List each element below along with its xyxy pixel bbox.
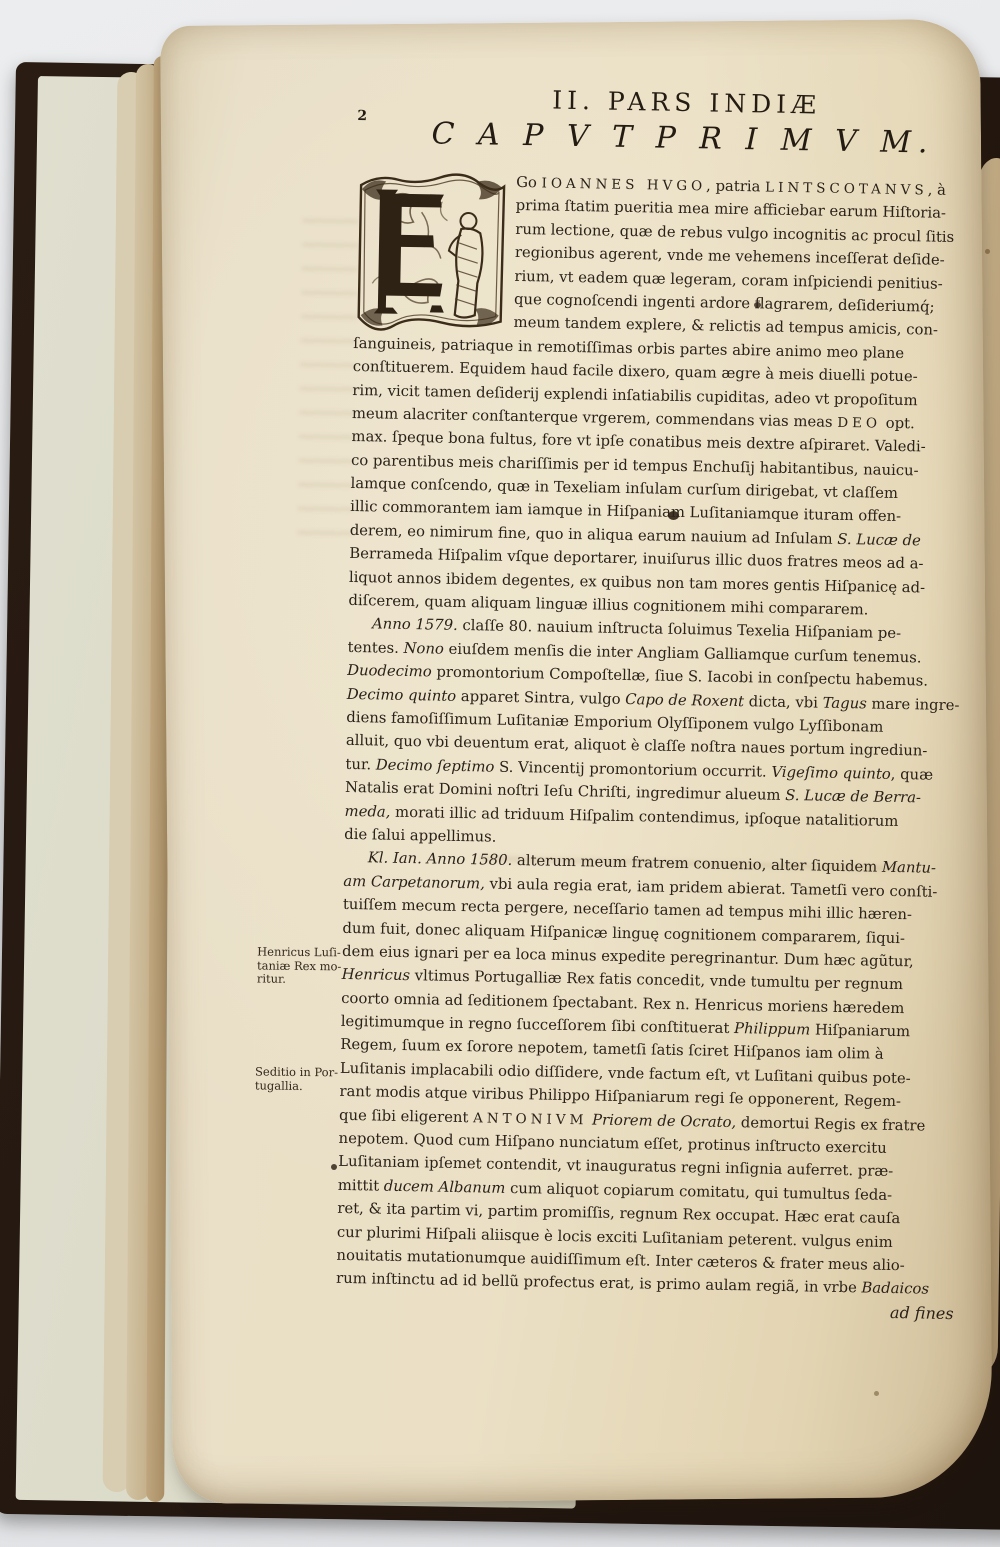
body-text: Go IOANNES HVGO, patria LINTSCOTANVS, àp…: [336, 168, 984, 1302]
margin-note: Henricus Luſi-taniæ Rex mo-ritur.: [257, 945, 357, 987]
chapter-title: C A P V T P R I M V M.: [357, 115, 986, 162]
page-number: 2: [357, 108, 367, 124]
text-block: 2 II. PARS INDIÆ C A P V T P R I M V M.: [335, 82, 985, 1325]
paragraph: Anno 1579. claſſe 80. nauium inſtructa ſ…: [344, 612, 976, 857]
ink-speck: [874, 1391, 879, 1396]
margin-note-line: ritur.: [257, 972, 357, 987]
ink-speck: [331, 1164, 337, 1170]
paragraph: Kl. Ian. Anno 1580. alterum meum fratrem…: [336, 846, 972, 1302]
woodcut-initial-E: [353, 171, 508, 334]
margin-note: Seditio in Por-tugallia.: [255, 1065, 355, 1093]
ink-speck: [985, 249, 990, 254]
margin-note-line: tugallia.: [255, 1079, 355, 1094]
